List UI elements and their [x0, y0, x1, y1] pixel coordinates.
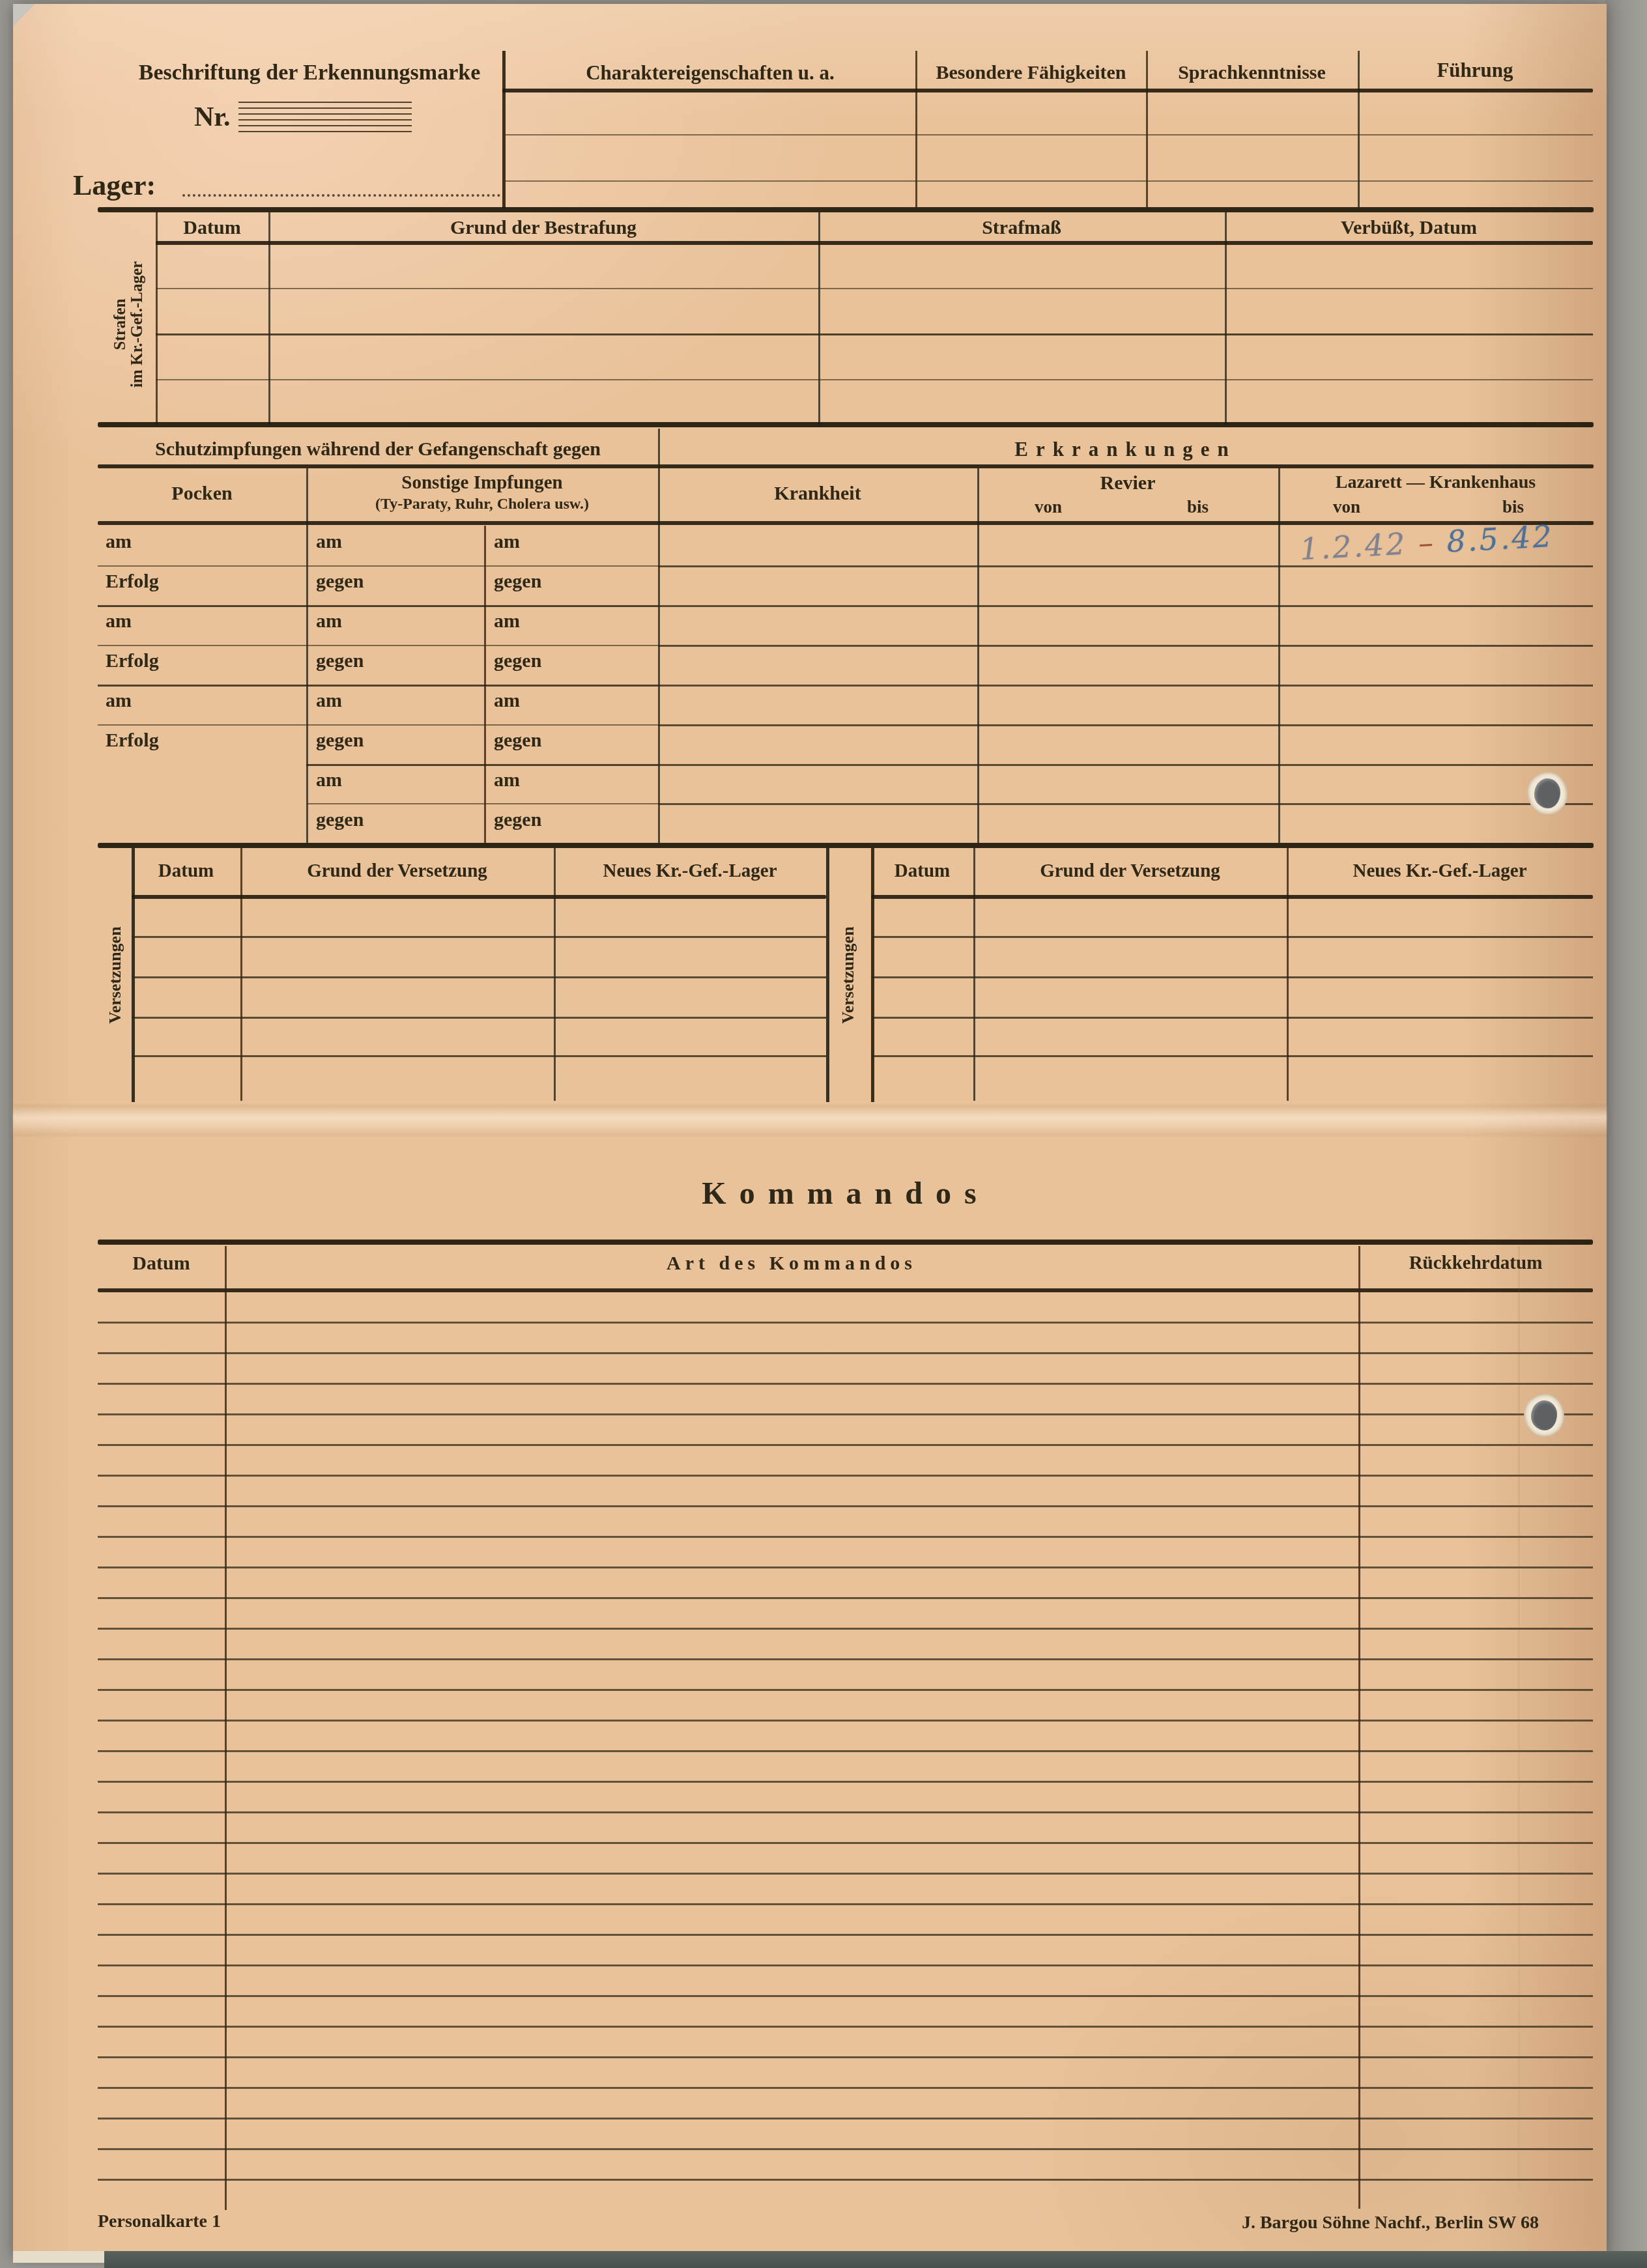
revier-header: Revier — [977, 473, 1278, 494]
divider-line — [826, 848, 829, 1102]
impfungen-title: Schutzimpfungen während der Gefangenscha… — [104, 439, 652, 460]
versetzungen-right-col-grund: Grund der Versetzung — [973, 861, 1287, 881]
personalkarte-scan: Beschriftung der Erkennungsmarke Nr. Lag… — [0, 0, 1647, 2268]
rule-line — [306, 764, 658, 766]
sonstige-row-label: gegen — [494, 651, 541, 672]
pocken-row-label: Erfolg — [106, 571, 159, 592]
lazarett-header: Lazarett — Krankenhaus — [1278, 473, 1593, 492]
sonstige-row-label: gegen — [316, 810, 364, 830]
revier-von-label: von — [1035, 498, 1062, 516]
strafen-side-label: Strafen im Kr.-Gef.-Lager — [112, 217, 149, 432]
strafen-col-grund: Grund der Bestrafung — [268, 218, 818, 238]
sonstige-row-label: am — [316, 611, 342, 632]
lager-label: Lager: — [73, 171, 156, 201]
nr-ruled-lines — [238, 102, 412, 134]
handwritten-bis-date: 8.5.42 — [1446, 518, 1554, 560]
sonstige-row-label: am — [316, 532, 342, 552]
rule-line — [871, 1055, 1593, 1057]
rule-line — [871, 1017, 1593, 1019]
scanner-background — [1605, 0, 1647, 2268]
rule-line — [502, 134, 1593, 135]
kommandos-ruled-rows — [98, 1293, 1593, 2181]
rule-line — [98, 645, 306, 646]
divider-line — [240, 848, 242, 1101]
rule-line — [132, 976, 826, 978]
sonstige-row-label: am — [494, 690, 520, 711]
rule-line — [871, 976, 1593, 978]
sonstige-row-label: gegen — [316, 730, 364, 751]
rule-line — [306, 803, 658, 804]
rule-line — [156, 241, 1593, 245]
rule-line — [658, 724, 1593, 726]
divider-line — [554, 848, 556, 1101]
col-header-besondere-faehigkeiten: Besondere Fähigkeiten — [919, 63, 1143, 83]
col-header-fuehrung: Führung — [1361, 60, 1589, 81]
versetzungen-left-col-datum: Datum — [132, 861, 240, 881]
footer-form-name: Personalkarte 1 — [98, 2212, 221, 2231]
divider-line — [1287, 848, 1289, 1101]
strafen-side-label-line1: Strafen — [111, 298, 129, 350]
strafen-col-verbuesst: Verbüßt, Datum — [1225, 218, 1593, 238]
rule-line — [98, 605, 306, 607]
section-border — [98, 843, 1594, 848]
divider-line — [1358, 51, 1360, 207]
divider-line — [1358, 1246, 1360, 2209]
pocken-row-label: Erfolg — [106, 651, 159, 672]
punch-hole — [1527, 772, 1568, 815]
divider-line — [973, 848, 975, 1101]
pocken-row-label: am — [106, 532, 132, 552]
rule-line — [132, 1017, 826, 1019]
versetzungen-left-col-grund: Grund der Versetzung — [240, 861, 554, 881]
punch-hole-opening — [1531, 1400, 1557, 1430]
rule-line — [156, 333, 1593, 335]
rule-line — [658, 645, 1593, 647]
strafen-col-datum: Datum — [156, 218, 268, 238]
kommandos-col-art: Art des Kommandos — [225, 1253, 1358, 1274]
versetzungen-side-label-right: Versetzungen — [839, 877, 861, 1073]
rule-line — [98, 565, 306, 567]
strafen-col-strafmass: Strafmaß — [818, 218, 1225, 238]
krankheit-header: Krankheit — [658, 483, 977, 504]
rule-line — [871, 936, 1593, 938]
kommandos-col-rueckkehrdatum: Rückkehrdatum — [1358, 1253, 1593, 1273]
rule-line — [502, 180, 1593, 182]
sonstige-header-line2: (Ty-Paraty, Ruhr, Cholera usw.) — [306, 496, 658, 513]
sonstige-row-label: gegen — [494, 810, 541, 830]
rule-line — [132, 1055, 826, 1057]
lazarett-bis-label: bis — [1502, 498, 1524, 516]
sonstige-row-label: gegen — [316, 571, 364, 592]
rule-line — [98, 724, 306, 726]
section-border — [98, 207, 1594, 212]
rule-line — [132, 895, 826, 899]
handwritten-von-date: 1.2.42 — [1299, 526, 1408, 567]
pocken-row-label: Erfolg — [106, 730, 159, 751]
rule-line — [98, 521, 1594, 525]
sonstige-row-label: gegen — [494, 730, 541, 751]
punch-hole-opening — [1534, 778, 1560, 808]
paper-corner — [13, 4, 35, 26]
strafen-side-label-line2: im Kr.-Gef.-Lager — [128, 261, 146, 388]
sonstige-header-line1: Sonstige Impfungen — [306, 473, 658, 492]
pocken-row-label: am — [106, 690, 132, 711]
section-border — [98, 422, 1594, 427]
col-header-charaktereigenschaften: Charaktereigenschaften u. a. — [515, 63, 906, 84]
versetzungen-right-col-datum: Datum — [871, 861, 973, 881]
rule-line — [98, 464, 1594, 468]
kommandos-col-datum: Datum — [98, 1253, 225, 1274]
rule-line — [658, 605, 1593, 607]
rule-line — [306, 724, 658, 726]
handwritten-dash: – — [1418, 524, 1437, 560]
divider-line — [1146, 51, 1148, 207]
sonstige-row-label: am — [316, 770, 342, 791]
sonstige-row-label: am — [316, 690, 342, 711]
rule-line — [658, 764, 1593, 766]
rule-line — [658, 685, 1593, 687]
divider-line — [132, 848, 135, 1102]
divider-line — [225, 1246, 227, 2210]
rule-line — [502, 89, 1593, 92]
paper-crease — [1518, 1246, 1520, 2190]
revier-bis-label: bis — [1187, 498, 1209, 516]
divider-line — [871, 848, 874, 1102]
sonstige-row-label: am — [494, 770, 520, 791]
divider-line — [502, 51, 506, 208]
rule-line — [306, 605, 658, 607]
versetzungen-side-label-left: Versetzungen — [106, 877, 128, 1073]
id-block-title: Beschriftung der Erkennungsmarke — [121, 61, 498, 85]
section-border — [98, 1240, 1593, 1245]
sonstige-row-label: gegen — [494, 571, 541, 592]
rule-line — [156, 379, 1593, 380]
kommandos-title: Kommandos — [98, 1178, 1594, 1210]
rule-line — [132, 936, 826, 938]
nr-label: Nr. — [194, 103, 231, 132]
rule-line — [306, 565, 658, 567]
lager-dotted-line — [182, 171, 500, 197]
rule-line — [871, 895, 1593, 899]
divider-line — [915, 51, 917, 207]
rule-line — [156, 288, 1593, 289]
erkrankungen-title: Erkrankungen — [658, 439, 1593, 461]
versetzungen-left-col-neues-lager: Neues Kr.-Gef.-Lager — [554, 861, 826, 881]
fold-crease — [13, 1105, 1607, 1136]
pocken-header: Pocken — [98, 483, 306, 504]
sonstige-row-label: am — [494, 532, 520, 552]
lazarett-von-label: von — [1333, 498, 1360, 516]
footer-printer-imprint: J. Bargou Söhne Nachf., Berlin SW 68 — [1242, 2213, 1539, 2232]
rule-line — [98, 685, 306, 687]
pocken-row-label: am — [106, 611, 132, 632]
rule-line — [306, 645, 658, 646]
paper-bottom-edge — [13, 2251, 104, 2263]
rule-line — [98, 1288, 1593, 1292]
sonstige-row-label: am — [494, 611, 520, 632]
col-header-sprachkenntnisse: Sprachkenntnisse — [1149, 63, 1354, 83]
versetzungen-right-col-neues-lager: Neues Kr.-Gef.-Lager — [1287, 861, 1593, 881]
scanner-bottom-edge — [104, 2251, 1647, 2268]
rule-line — [306, 685, 658, 687]
sonstige-row-label: gegen — [316, 651, 364, 672]
rule-line — [658, 803, 1593, 805]
rule-line — [658, 565, 1593, 567]
punch-hole — [1524, 1394, 1564, 1437]
